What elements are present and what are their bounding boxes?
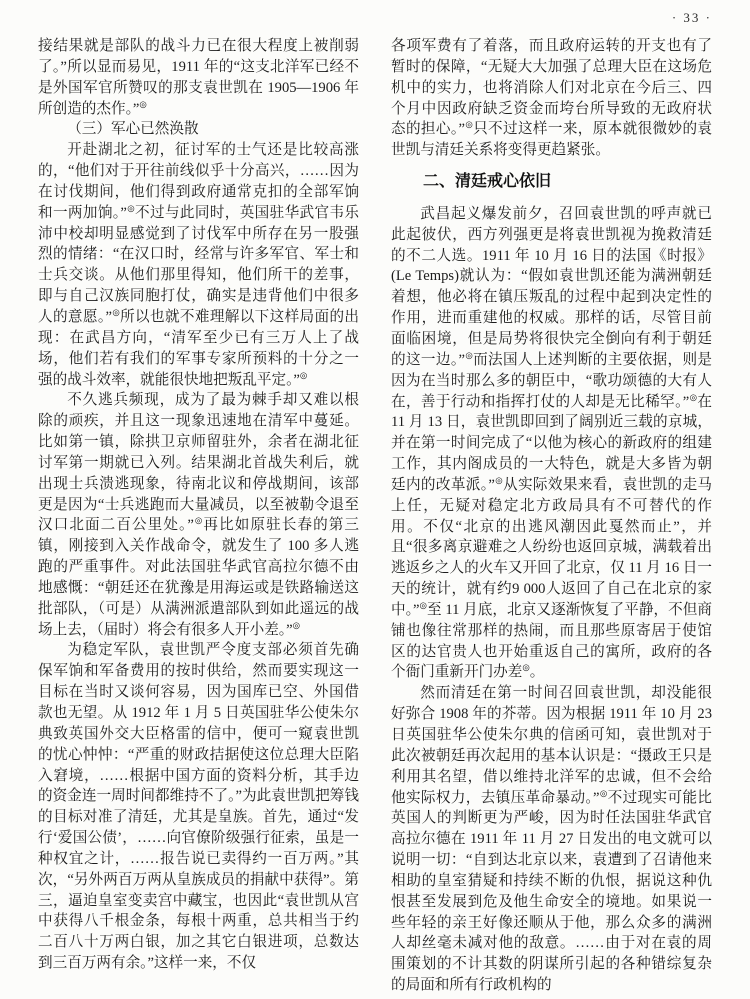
paragraph: 武昌起义爆发前夕，召回袁世凯的呼声就已此起彼伏，西方列强更是将袁世凯视为挽救清廷… <box>391 204 712 683</box>
left-column: 接结果就是部队的战斗力已在很大程度上被削弱了。”所以显而易见，1911 年的“这… <box>38 36 359 979</box>
paragraph: 各项军费有了着落，而且政府运转的开支也有了暂时的保障，“无疑大大加强了总理大臣在… <box>391 36 712 161</box>
paragraph: 不久逃兵频现，成为了最为棘手却又难以根除的顽疾，并且这一现象迅速地在清军中蔓延。… <box>38 390 359 640</box>
paragraph: 然而清廷在第一时间召回袁世凯，却没能很好弥合 1908 年的芥蒂。因为根据 19… <box>391 683 712 996</box>
paragraph: 开赴湖北之初，征讨军的士气还是比较高涨的，“他们对于开往前线似乎十分高兴，……因… <box>38 140 359 390</box>
paragraph: 接结果就是部队的战斗力已在很大程度上被削弱了。”所以显而易见，1911 年的“这… <box>38 36 359 119</box>
page-number: · 33 · <box>672 10 712 26</box>
book-page: · 33 · 接结果就是部队的战斗力已在很大程度上被削弱了。”所以显而易见，19… <box>0 0 750 999</box>
two-column-text-area: 接结果就是部队的战斗力已在很大程度上被削弱了。”所以显而易见，1911 年的“这… <box>38 36 712 979</box>
section-heading: 二、清廷戒心依旧 <box>391 172 712 193</box>
right-column: 各项军费有了着落，而且政府运转的开支也有了暂时的保障，“无疑大大加强了总理大臣在… <box>391 36 712 979</box>
subsection-heading: （三）军心已然涣散 <box>38 119 359 140</box>
paragraph: 为稳定军队，袁世凯严令度支部必须首先确保军饷和军备费用的按时供给，然而要实现这一… <box>38 640 359 974</box>
